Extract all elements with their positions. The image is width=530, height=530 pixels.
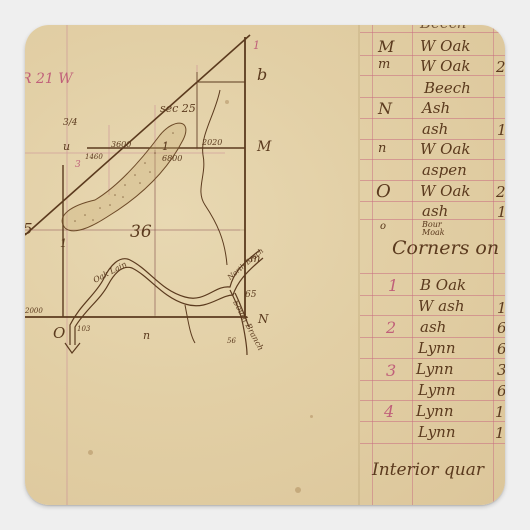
ledger-tree: W Oak	[420, 182, 471, 200]
corner-1-label: 1	[253, 39, 260, 52]
red-3-label: 3	[75, 160, 81, 170]
corner-O-label: O	[53, 324, 65, 342]
ledger-value: 1	[495, 403, 505, 421]
ledger-tree: ash	[422, 120, 448, 138]
ledger-tree: Bour Moak	[422, 221, 462, 237]
corner-M-label: M	[256, 139, 272, 155]
ledger-section-heading: Corners on	[392, 237, 499, 259]
sticker-product: R 21 W sec 25 36 5 1 b M m N O n u 3/4 3…	[25, 25, 505, 505]
ledger-corner: o	[380, 221, 386, 232]
distance-2000: 2000	[25, 307, 43, 315]
ledger-tree: Lynn	[416, 402, 454, 420]
ledger-value: 3	[497, 361, 505, 379]
section-5-label: 5	[25, 220, 33, 238]
ledger-corner: 4	[384, 402, 394, 421]
distance-65: 65	[245, 290, 257, 300]
ledger-tree: aspen	[422, 161, 467, 179]
ledger-value: 2	[496, 58, 505, 76]
distance-1460: 1460	[85, 153, 103, 161]
ledger-tree: W Oak	[420, 140, 471, 158]
ledger-corner: 2	[386, 318, 396, 337]
ledger-corner: m	[378, 57, 390, 72]
ledger-tree: W Oak	[420, 37, 471, 55]
ledger-tree: Lynn	[418, 423, 456, 441]
bearing-tree-ledger: Beech M W Oak m W Oak 2 Beech N Ash ash …	[360, 25, 505, 505]
ledger-top-cut-text: Beech	[420, 25, 467, 32]
distance-2020: 2020	[201, 138, 222, 147]
marker-1b-label: 1	[162, 140, 169, 153]
ledger-value: 1	[497, 203, 505, 221]
ledger-tree: Lynn	[416, 360, 454, 378]
ledger-value: 6	[497, 319, 505, 337]
ledger-tree: ash	[420, 318, 446, 336]
ledger-tree: W Oak	[420, 57, 471, 75]
section-25-label: sec 25	[160, 102, 196, 115]
ledger-corner: n	[378, 141, 386, 156]
ledger-value: 1	[497, 121, 505, 139]
distance-56: 56	[227, 337, 236, 345]
corner-b-label: b	[257, 65, 267, 84]
ledger-tree: W ash	[418, 297, 465, 315]
corner-u-label: u	[63, 140, 70, 153]
ledger-value: 6	[497, 382, 505, 400]
range-label: R 21 W	[25, 71, 74, 87]
ledger-value: 1	[495, 424, 505, 442]
ledger-corner: 3	[386, 361, 396, 380]
ledger-tree: Lynn	[418, 381, 456, 399]
ledger-tree: ash	[422, 202, 448, 220]
marker-1-label: 1	[60, 237, 67, 250]
ledger-tree: Beech	[424, 79, 471, 97]
ledger-corner: 1	[388, 276, 398, 295]
ledger-value: 2	[496, 183, 505, 201]
ledger-corner: O	[376, 181, 391, 202]
corner-n-label: n	[143, 329, 150, 342]
ledger-value: 6	[497, 340, 505, 358]
section-36-label: 36	[130, 222, 152, 242]
distance-6800: 6800	[162, 154, 182, 163]
ledger-value: 1	[497, 299, 505, 317]
distance-3600: 3600	[111, 140, 131, 149]
ledger-footer-text: Interior quar	[372, 460, 484, 480]
ledger-tree: Lynn	[418, 339, 456, 357]
quarter-label: 3/4	[63, 118, 78, 128]
ledger-tree: B Oak	[420, 276, 466, 294]
ledger-corner: N	[378, 99, 392, 118]
distance-103: 103	[77, 325, 91, 333]
ledger-tree: Ash	[422, 99, 450, 117]
ledger-corner: M	[378, 37, 394, 56]
corner-N-label: N	[257, 312, 269, 326]
